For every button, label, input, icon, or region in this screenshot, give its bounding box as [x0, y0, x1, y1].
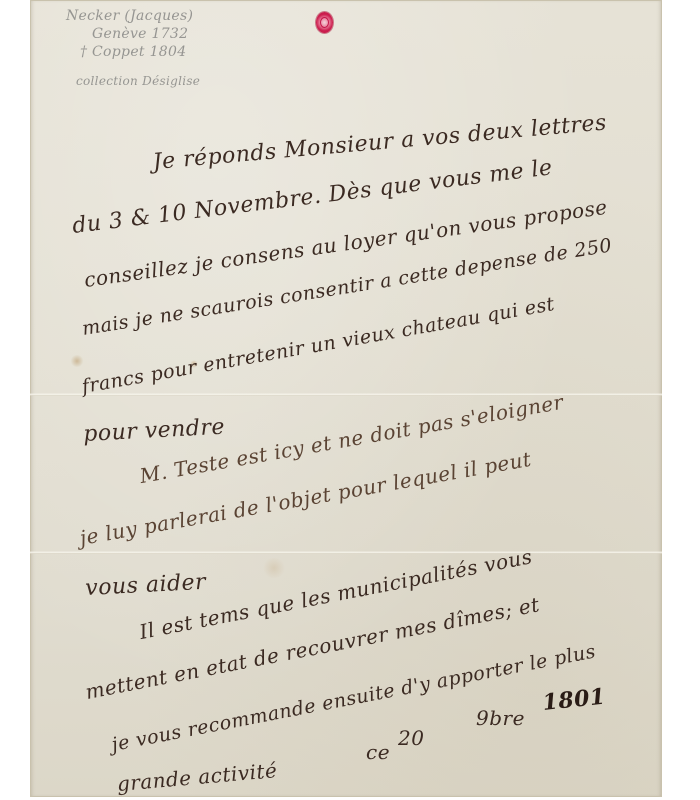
letter-line-13: grande activité	[116, 758, 278, 796]
letter-line-9: vous aider	[85, 570, 207, 601]
dateline-year: 1801	[541, 684, 607, 716]
paper-fold-upper	[30, 393, 662, 396]
letter-line-6: pour vendre	[83, 415, 226, 447]
foxing-stain	[70, 355, 84, 367]
paper-fold-lower	[30, 551, 662, 554]
dateline-prefix: ce	[366, 740, 390, 764]
pencil-note-collection: collection Désiglise	[76, 74, 200, 88]
pencil-note-death: † Coppet 1804	[80, 44, 186, 60]
dateline-month: 9bre	[476, 706, 525, 730]
scanned-letter-page: Necker (Jacques) Genève 1732 † Coppet 18…	[0, 0, 700, 800]
dateline-day: 20	[398, 726, 424, 750]
letter-line-12: je vous recommande ensuite d'y apporter …	[110, 640, 598, 756]
pencil-note-birth: Genève 1732	[92, 26, 188, 42]
pencil-note-name: Necker (Jacques)	[66, 8, 193, 24]
collector-stamp-icon	[316, 12, 333, 33]
letter-paper: Necker (Jacques) Genève 1732 † Coppet 18…	[30, 0, 662, 797]
foxing-stain	[262, 558, 286, 578]
